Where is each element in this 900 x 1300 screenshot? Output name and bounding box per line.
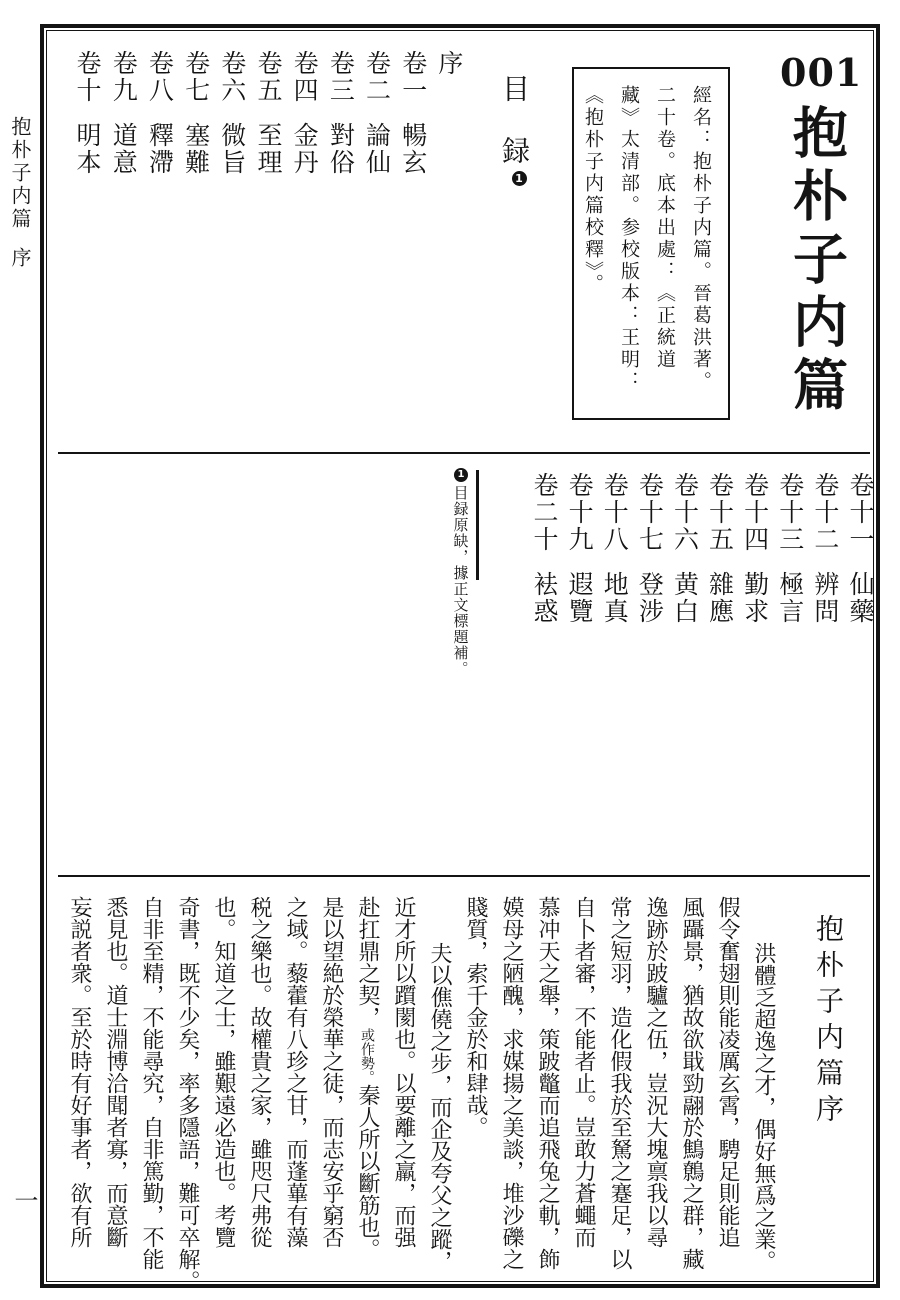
footnote-marker-1: 1: [454, 468, 468, 482]
toc-item: 卷十 明本: [72, 50, 102, 176]
toc-volume: 卷十八: [596, 472, 632, 553]
preface-line: 風躡景，猶故欲戢勁翮於鷦鷯之群，藏: [676, 896, 706, 1270]
preface-line: 之域。藜藿有八珍之甘，而蓬蓽有藻: [280, 896, 310, 1248]
toc-chapter-title: 微旨: [214, 122, 250, 176]
toc-chapter-title: 道意: [105, 122, 141, 176]
toc-chapter-title: 登涉: [631, 571, 667, 625]
toc-chapter-title: 地真: [596, 571, 632, 625]
toc-volume: 卷十: [69, 50, 105, 104]
preface-annotated-pre: 赴扛鼎之契，: [355, 896, 380, 1028]
toc-preface-label: 序: [431, 50, 467, 77]
toc-item: 卷七 塞難: [181, 50, 211, 176]
toc-volume: 卷一: [395, 50, 431, 104]
footnote-marker-1-ref: 1: [512, 171, 527, 186]
toc-header: 目 録 1: [494, 74, 534, 186]
book-title: 抱朴子内篇: [783, 104, 849, 419]
toc-volume: 卷二: [359, 50, 395, 104]
toc-volume: 卷十二: [807, 472, 843, 553]
footnote-separator-rule: [476, 470, 479, 580]
toc-part1: 序 卷一 暢玄 卷二 論仙 卷三 對俗 卷四 金丹 卷五 至理: [72, 50, 464, 290]
biblio-note-text: 經名：抱朴子内篇。晉葛洪著。 二十卷。底本出處：《正統道 藏》太清部。参校版本：…: [574, 69, 728, 418]
preface-title: 抱朴子内篇序: [808, 914, 848, 1130]
toc-item-preface: 序: [434, 50, 464, 77]
preface-line: 也。知道之士，雖艱遠必造也。考覽: [208, 896, 238, 1248]
page-code: 001: [780, 50, 852, 95]
toc-chapter-title: 暢玄: [395, 122, 431, 176]
toc-volume: 卷十九: [561, 472, 597, 553]
scanned-book-page: 抱朴子内篇 序 一 001 抱朴子内篇 經名：抱朴子内篇。晉葛洪著。 二十卷。底…: [0, 0, 900, 1300]
preface-line: 自卜者審，不能者止。豈敢力蒼蠅而: [568, 896, 598, 1248]
section-divider-1: [58, 452, 870, 454]
toc-header-char-1: 目: [494, 74, 534, 104]
folio-page-number: 一: [7, 1188, 42, 1212]
preface-line: 嫫母之陋醜，求媒揚之美談，堆沙礫之: [496, 896, 526, 1270]
toc-volume: 卷二十: [526, 472, 562, 553]
toc-chapter-title: 黄白: [666, 571, 702, 625]
toc-item: 卷十六 黄白: [669, 472, 699, 625]
toc-chapter-title: 雜應: [702, 571, 738, 625]
section-divider-2: [58, 875, 870, 877]
toc-volume: 卷三: [322, 50, 358, 104]
spine-section-label: 序: [6, 247, 35, 270]
preface-line: 洪體乏超逸之才，偶好無爲之業。: [748, 896, 778, 1272]
toc-volume: 卷六: [214, 50, 250, 104]
toc-item: 卷三 對俗: [325, 50, 355, 176]
preface-line: 假令奮翅則能凌厲玄霄，騁足則能追: [712, 896, 742, 1248]
toc-volume: 卷五: [250, 50, 286, 104]
toc-item: 卷十二 辨問: [810, 472, 840, 625]
toc-item: 卷一 暢玄: [398, 50, 428, 176]
toc-volume: 卷十五: [702, 472, 738, 553]
toc-part2: 卷十一 仙藥 卷十二 辨問 卷十三 極言 卷十四 勤求 卷十五 雜應 卷十六 黄…: [529, 472, 875, 712]
toc-header-char-2: 録: [494, 136, 534, 166]
toc-chapter-title: 論仙: [359, 122, 395, 176]
toc-volume: 卷七: [178, 50, 214, 104]
toc-item: 卷十九 遐覽: [564, 472, 594, 625]
toc-chapter-title: 釋滯: [141, 122, 177, 176]
toc-volume: 卷十一: [842, 472, 878, 553]
preface-line: 妄説者衆。至於時有好事者，欲有所: [64, 896, 94, 1248]
toc-chapter-title: 明本: [69, 122, 105, 176]
toc-volume: 卷九: [105, 50, 141, 104]
spine-title-block: 抱朴子内篇 序: [6, 116, 35, 270]
toc-chapter-title: 極言: [772, 571, 808, 625]
toc-chapter-title: 遐覽: [561, 571, 597, 625]
preface-line: 是以望絶於榮華之徒，而志安乎窮否: [316, 896, 346, 1248]
toc-chapter-title: 至理: [250, 122, 286, 176]
toc-chapter-title: 仙藥: [842, 571, 878, 625]
preface-line-annotated: 赴扛鼎之契，或作勢。秦人所以斷筋也。: [352, 896, 382, 1260]
toc-chapter-title: 金丹: [286, 122, 322, 176]
preface-inline-variant-note: 或作勢。: [359, 1028, 375, 1084]
preface-line: 夫以僬僥之步，而企及夸父之蹤，: [424, 896, 454, 1272]
toc-item: 卷六 微旨: [217, 50, 247, 176]
toc-item: 卷十四 勤求: [740, 472, 770, 625]
preface-line: 自非至精，不能尋究，自非篤勤，不能: [136, 896, 166, 1270]
toc-volume: 卷十七: [631, 472, 667, 553]
preface-annotated-post: 秦人所以斷筋也。: [355, 1084, 380, 1260]
toc-item: 卷二 論仙: [362, 50, 392, 176]
toc-item: 卷八 釋滯: [144, 50, 174, 176]
toc-volume: 卷四: [286, 50, 322, 104]
preface-line: 奇書，既不少矣，率多隱語，難可卒解。: [172, 896, 202, 1292]
toc-volume: 卷十四: [737, 472, 773, 553]
toc-item: 卷五 至理: [253, 50, 283, 176]
toc-volume: 卷八: [141, 50, 177, 104]
toc-volume: 卷十三: [772, 472, 808, 553]
preface-line: 慕冲天之舉，策跛鼈而追飛兔之軌，飾: [532, 896, 562, 1270]
toc-item: 卷四 金丹: [289, 50, 319, 176]
toc-item: 卷十七 登涉: [634, 472, 664, 625]
toc-item: 卷十五 雜應: [705, 472, 735, 625]
preface-line: 逸跡於跛驢之伍，豈況大塊禀我以尋: [640, 896, 670, 1248]
toc-item: 卷二十 袪惑: [529, 472, 559, 625]
toc-item: 卷十三 極言: [775, 472, 805, 625]
spine-book-title: 抱朴子内篇: [6, 116, 35, 231]
toc-chapter-title: 對俗: [322, 122, 358, 176]
biblio-note-box: 經名：抱朴子内篇。晉葛洪著。 二十卷。底本出處：《正統道 藏》太清部。参校版本：…: [572, 67, 730, 420]
toc-chapter-title: 袪惑: [526, 571, 562, 625]
toc-chapter-title: 塞難: [178, 122, 214, 176]
toc-item: 卷十一 仙藥: [845, 472, 875, 625]
preface-line: 税之樂也。故權貴之家，雖咫尺弗從: [244, 896, 274, 1248]
toc-item: 卷十八 地真: [599, 472, 629, 625]
preface-line: 賤質，索千金於和肆哉。: [460, 896, 490, 1138]
toc-volume: 卷十六: [666, 472, 702, 553]
footnote-text: 目録原缺，據正文標題補。: [451, 485, 472, 677]
toc-chapter-title: 勤求: [737, 571, 773, 625]
preface-line: 近才所以躓閡也。以要離之羸，而强: [388, 896, 418, 1248]
preface-line: 悉見也。道士淵博洽聞者寡，而意斷: [100, 896, 130, 1248]
preface-line: 常之短羽，造化假我於至駑之蹇足，以: [604, 896, 634, 1270]
page-frame: 001 抱朴子内篇 經名：抱朴子内篇。晉葛洪著。 二十卷。底本出處：《正統道 藏…: [40, 24, 880, 1288]
preface-body: 洪體乏超逸之才，偶好無爲之業。 假令奮翅則能凌厲玄霄，騁足則能追 風躡景，猶故欲…: [64, 896, 778, 1296]
footnote-1: 1 目録原缺，據正文標題補。: [448, 468, 474, 677]
toc-item: 卷九 道意: [108, 50, 138, 176]
toc-chapter-title: 辨問: [807, 571, 843, 625]
